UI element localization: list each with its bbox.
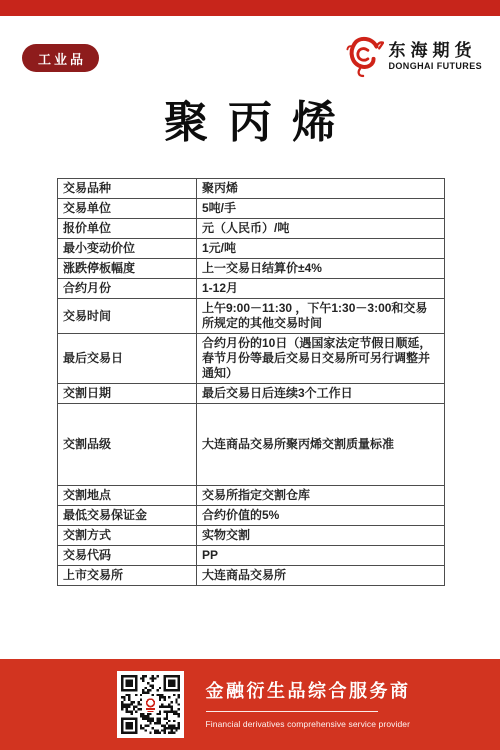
spec-value: PP [197, 546, 445, 566]
brand-logo-text: 东海期货 DONGHAI FUTURES [389, 41, 483, 72]
brand-name-cn: 东海期货 [389, 41, 483, 61]
spec-label: 交割日期 [58, 384, 197, 404]
table-row: 涨跌停板幅度上一交易日结算价±4% [58, 259, 445, 279]
page-title: 聚丙烯 [0, 86, 500, 150]
table-row: 最低交易保证金合约价值的5% [58, 506, 445, 526]
spec-label: 交割方式 [58, 526, 197, 546]
table-row: 最后交易日合约月份的10日（遇国家法定节假日顺延，春节月份等最后交易日交易所可另… [58, 334, 445, 384]
spec-value: 元（人民币）/吨 [197, 219, 445, 239]
spec-value: 实物交割 [197, 526, 445, 546]
spec-label: 最小变动价位 [58, 239, 197, 259]
footer-slogan-en: Financial derivatives comprehensive serv… [206, 719, 384, 729]
spec-value: 5吨/手 [197, 199, 445, 219]
table-row: 最小变动价位1元/吨 [58, 239, 445, 259]
footer-slogan-cn: 金融衍生品综合服务商 [206, 680, 384, 702]
spec-label: 合约月份 [58, 279, 197, 299]
spec-value: 1-12月 [197, 279, 445, 299]
spec-label: 交易时间 [58, 299, 197, 334]
dragon-icon [346, 33, 384, 79]
spec-value: 合约月份的10日（遇国家法定节假日顺延，春节月份等最后交易日交易所可另行调整并通… [197, 334, 445, 384]
spec-value: 最后交易日后连续3个工作日 [197, 384, 445, 404]
brand-name-en: DONGHAI FUTURES [389, 61, 483, 72]
spec-value: 合约价值的5% [197, 506, 445, 526]
footer-banner: 金融衍生品综合服务商 Financial derivatives compreh… [0, 659, 500, 750]
spec-value: 上午9:00－11:30 ，下午1:30－3:00和交易所规定的其他交易时间 [197, 299, 445, 334]
table-row: 交割日期最后交易日后连续3个工作日 [58, 384, 445, 404]
footer-slogan: 金融衍生品综合服务商 Financial derivatives compreh… [206, 680, 384, 729]
spec-label: 交易单位 [58, 199, 197, 219]
spec-label: 交易代码 [58, 546, 197, 566]
spec-value: 交易所指定交割仓库 [197, 486, 445, 506]
table-row: 交割方式实物交割 [58, 526, 445, 546]
qr-code [117, 671, 184, 738]
spec-label: 交割品级 [58, 404, 197, 486]
table-row: 交易代码PP [58, 546, 445, 566]
category-badge-label: 工业品 [35, 49, 86, 68]
category-badge: 工业品 [22, 44, 99, 72]
spec-label: 交易品种 [58, 179, 197, 199]
top-red-bar [0, 0, 500, 16]
table-row: 交易单位5吨/手 [58, 199, 445, 219]
table-row: 合约月份1-12月 [58, 279, 445, 299]
spec-label: 涨跌停板幅度 [58, 259, 197, 279]
spec-label: 交割地点 [58, 486, 197, 506]
contract-spec-table: 交易品种聚丙烯 交易单位5吨/手 报价单位元（人民币）/吨 最小变动价位1元/吨… [57, 178, 445, 586]
table-row: 报价单位元（人民币）/吨 [58, 219, 445, 239]
spec-value: 1元/吨 [197, 239, 445, 259]
spec-label: 上市交易所 [58, 566, 197, 586]
brand-logo: 东海期货 DONGHAI FUTURES [346, 33, 483, 79]
spec-value: 上一交易日结算价±4% [197, 259, 445, 279]
spec-value: 聚丙烯 [197, 179, 445, 199]
table-row: 交割品级大连商品交易所聚丙烯交割质量标准 [58, 404, 445, 486]
table-row: 交易时间上午9:00－11:30 ，下午1:30－3:00和交易所规定的其他交易… [58, 299, 445, 334]
spec-label: 最低交易保证金 [58, 506, 197, 526]
spec-value: 大连商品交易所 [197, 566, 445, 586]
footer-divider [206, 711, 378, 712]
table-row: 交割地点交易所指定交割仓库 [58, 486, 445, 506]
spec-value: 大连商品交易所聚丙烯交割质量标准 [197, 404, 445, 486]
table-row: 交易品种聚丙烯 [58, 179, 445, 199]
spec-label: 最后交易日 [58, 334, 197, 384]
spec-label: 报价单位 [58, 219, 197, 239]
table-row: 上市交易所大连商品交易所 [58, 566, 445, 586]
